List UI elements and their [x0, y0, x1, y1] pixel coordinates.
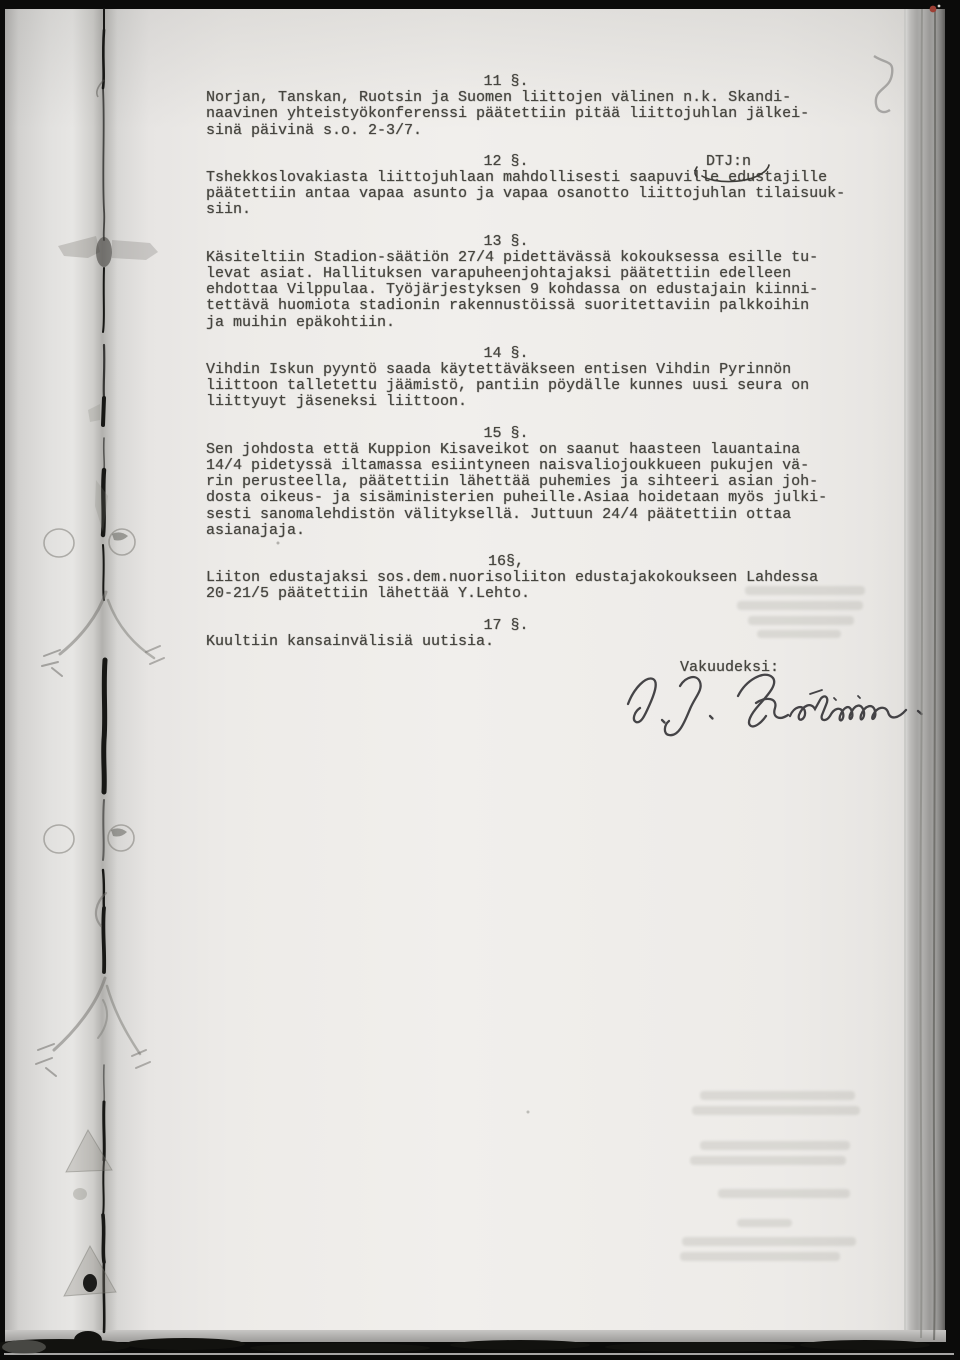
typed-line: ja muihin epäkohtiin. — [206, 315, 806, 331]
section-number: 16§, — [206, 554, 806, 570]
typed-line: ehdottaa Vilppulaa. Työjärjestyksen 9 ko… — [206, 282, 806, 298]
bleedthrough-text-ghost — [682, 1237, 856, 1246]
typed-line: Vihdin Iskun pyyntö saada käytettäväksee… — [206, 362, 806, 378]
bleedthrough-text-ghost — [700, 1091, 855, 1100]
typed-text: 11 §.Norjan, Tanskan, Ruotsin ja Suomen … — [206, 74, 806, 676]
insertion-annotation: DTJ:n — [706, 154, 751, 170]
section-number: 17 §. — [206, 618, 806, 634]
typed-line: sinä päivinä s.o. 2-3/7. — [206, 123, 806, 139]
page-bottom-edge — [5, 1330, 946, 1342]
section-number: 15 §. — [206, 426, 806, 442]
typed-line: Kuultiin kansainvälisiä uutisia. — [206, 634, 806, 650]
typed-line: 20-21/5 päätettiin lähettää Y.Lehto. — [206, 586, 806, 602]
typed-line: Sen johdosta että Kuppion Kisaveikot on … — [206, 442, 806, 458]
typed-line: 14/4 pidetyssä iltamassa esiintyneen nai… — [206, 458, 806, 474]
minutes-section-16: 16§,Liiton edustajaksi sos.dem.nuorisoli… — [206, 554, 806, 603]
minutes-section-15: 15 §.Sen johdosta että Kuppion Kisaveiko… — [206, 426, 806, 539]
typed-line: levat asiat. Hallituksen varapuheenjohta… — [206, 266, 806, 282]
typed-line: asianajaja. — [206, 523, 806, 539]
typed-line: liittyuyt jäseneksi liittoon. — [206, 394, 806, 410]
bleedthrough-text-ghost — [690, 1156, 846, 1165]
typed-line: Käsiteltiin Stadion-säätiön 27/4 pidettä… — [206, 250, 806, 266]
bleedthrough-text-ghost — [680, 1252, 840, 1261]
typed-line: naavinen yhteistyökonferenssi päätettiin… — [206, 106, 806, 122]
bleedthrough-text-ghost — [718, 1189, 850, 1198]
minutes-section-17: 17 §.Kuultiin kansainvälisiä uutisia. — [206, 618, 806, 650]
typed-line: dosta oikeus- ja sisäministerien puheill… — [206, 490, 806, 506]
handwritten-signature — [618, 662, 938, 762]
typed-line: siin. — [206, 202, 806, 218]
section-number: 13 §. — [206, 234, 806, 250]
minutes-section-14: 14 §.Vihdin Iskun pyyntö saada käytettäv… — [206, 346, 806, 411]
typed-line: päätettiin antaa vapaa asunto ja vapaa o… — [206, 186, 806, 202]
section-number: 14 §. — [206, 346, 806, 362]
typed-line: Norjan, Tanskan, Ruotsin ja Suomen liitt… — [206, 90, 806, 106]
bleedthrough-text-ghost — [692, 1106, 860, 1115]
typed-line: sesti sanomalehdistön välityksellä. Jutt… — [206, 507, 806, 523]
bleedthrough-text-ghost — [700, 1141, 850, 1150]
section-number: 11 §. — [206, 74, 806, 90]
bleedthrough-text-ghost — [737, 1219, 792, 1227]
typed-line: tettävä huomiota stadionin rakennustöiss… — [206, 298, 806, 314]
scanned-document: { "page": { "sections": [ { "number": "1… — [0, 0, 960, 1360]
scanner-bottom-highlight — [4, 1353, 954, 1355]
typed-line: Tshekkoslovakiasta liittojuhlaan mahdoll… — [206, 170, 806, 186]
minutes-section-13: 13 §.Käsiteltiin Stadion-säätiön 27/4 pi… — [206, 234, 806, 331]
minutes-section-11: 11 §.Norjan, Tanskan, Ruotsin ja Suomen … — [206, 74, 806, 139]
section-number: 12 §.DTJ:n — [206, 154, 806, 170]
minutes-section-12: 12 §.DTJ:nTshekkoslovakiasta liittojuhla… — [206, 154, 806, 219]
